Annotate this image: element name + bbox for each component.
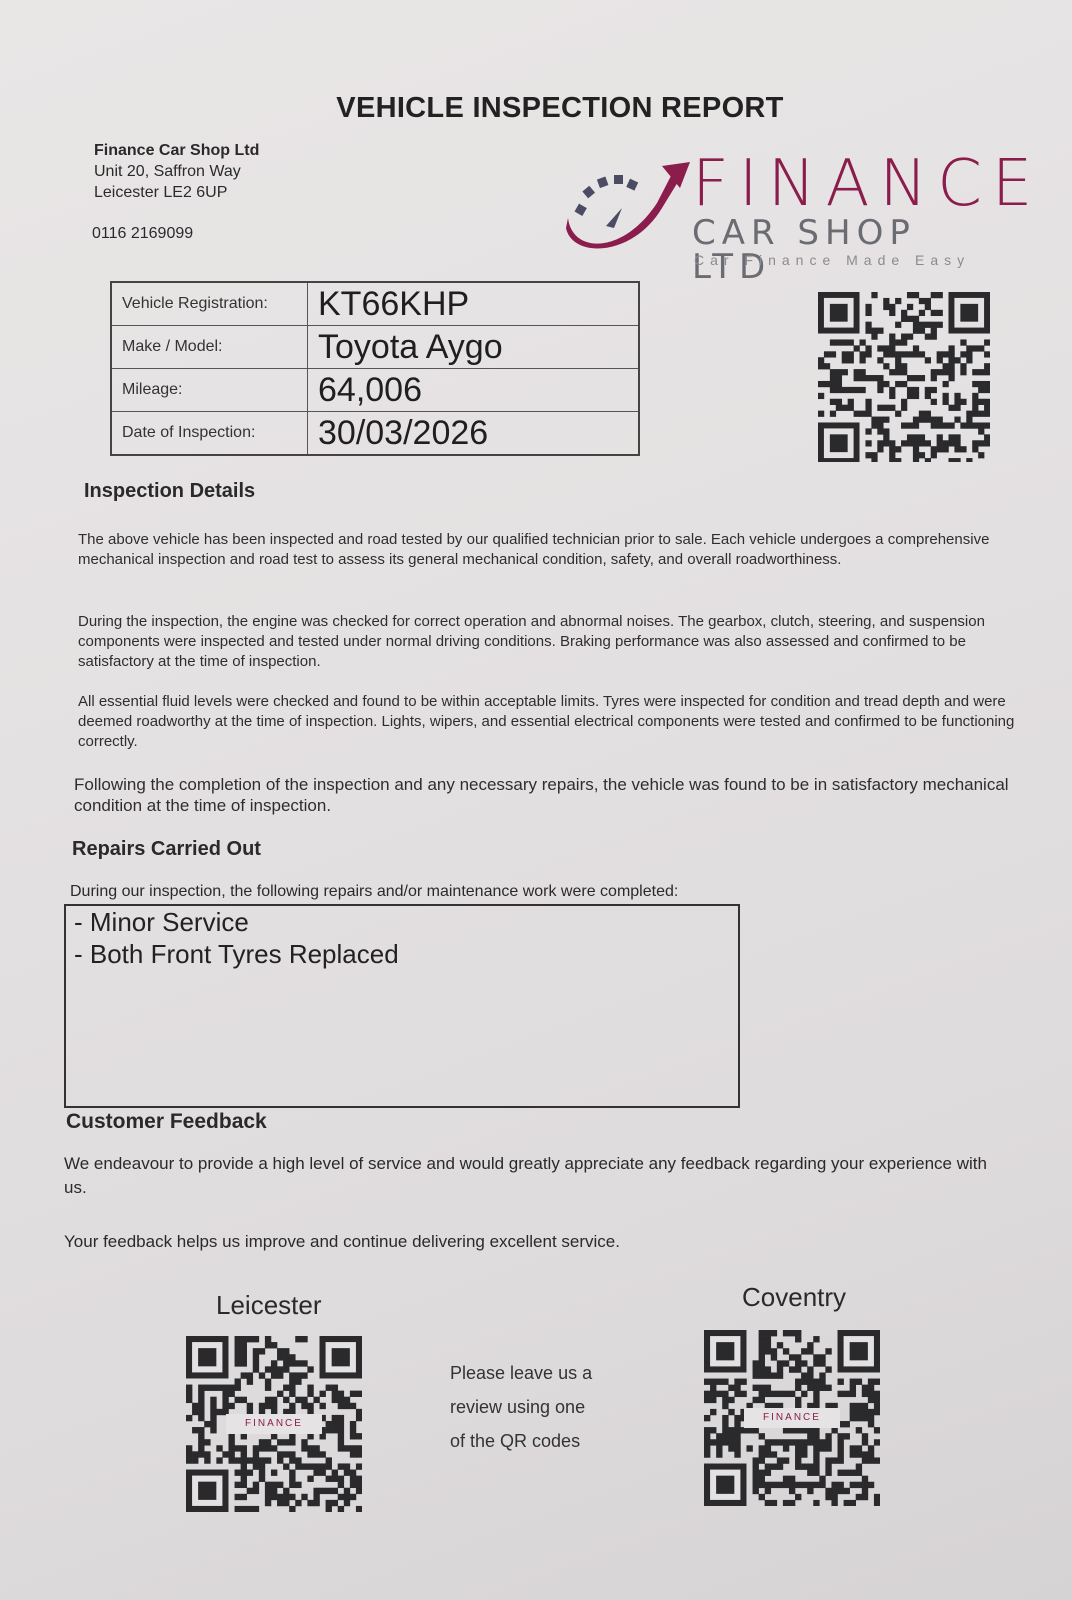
feedback-heading: Customer Feedback [66,1110,267,1134]
logo-tagline: Car Finance Made Easy [694,252,970,268]
company-address: Finance Car Shop Ltd Unit 20, Saffron Wa… [94,140,259,203]
qr-logo: FINANCE [744,1408,840,1428]
make-model-label: Make / Model: [111,326,308,369]
address-line-1: Unit 20, Saffron Way [94,161,259,182]
leicester-qr[interactable]: FINANCE [186,1336,362,1512]
company-name: Finance Car Shop Ltd [94,140,259,161]
list-item: - Both Front Tyres Replaced [66,938,738,970]
mileage-label: Mileage: [111,369,308,412]
inspection-date-label: Date of Inspection: [111,412,308,456]
company-logo: FINANCE CAR SHOP LTD Car Finance Made Ea… [570,150,990,270]
make-model-value: Toyota Aygo [308,326,640,369]
inspection-date-value: 30/03/2026 [308,412,640,456]
speedometer-arrow-icon [562,158,692,268]
list-item: - Minor Service [66,906,738,938]
company-phone: 0116 2169099 [92,225,193,243]
review-line: review using one [450,1390,592,1424]
table-row: Mileage: 64,006 [111,369,639,412]
vehicle-details-table: Vehicle Registration: KT66KHP Make / Mod… [110,281,640,456]
review-line: Please leave us a [450,1356,592,1390]
table-row: Vehicle Registration: KT66KHP [111,282,639,326]
inspection-paragraph-1: The above vehicle has been inspected and… [78,530,1018,570]
review-prompt: Please leave us a review using one of th… [450,1356,592,1458]
table-row: Make / Model: Toyota Aygo [111,326,639,369]
document-title: VEHICLE INSPECTION REPORT [0,92,1072,125]
feedback-paragraph-1: We endeavour to provide a high level of … [64,1152,1004,1200]
inspection-heading: Inspection Details [84,480,255,503]
repairs-intro: During our inspection, the following rep… [70,883,678,901]
coventry-qr[interactable]: FINANCE [704,1330,880,1506]
location-leicester: Leicester [216,1290,322,1321]
repairs-list: - Minor Service - Both Front Tyres Repla… [64,904,740,1108]
table-row: Date of Inspection: 30/03/2026 [111,412,639,456]
qr-code-icon[interactable] [818,292,990,462]
logo-car-shop: CAR SHOP LTD [692,216,990,284]
registration-value: KT66KHP [308,282,640,326]
repairs-heading: Repairs Carried Out [72,838,261,861]
address-line-2: Leicester LE2 6UP [94,182,259,203]
mileage-value: 64,006 [308,369,640,412]
feedback-paragraph-2: Your feedback helps us improve and conti… [64,1232,620,1252]
inspection-paragraph-2: During the inspection, the engine was ch… [78,612,1018,672]
location-coventry: Coventry [742,1282,846,1313]
inspection-paragraph-3: All essential fluid levels were checked … [78,692,1018,752]
review-line: of the QR codes [450,1424,592,1458]
inspection-paragraph-4: Following the completion of the inspecti… [74,774,1014,816]
logo-finance: FINANCE [692,152,1042,216]
registration-label: Vehicle Registration: [111,282,308,326]
qr-logo: FINANCE [226,1414,322,1434]
